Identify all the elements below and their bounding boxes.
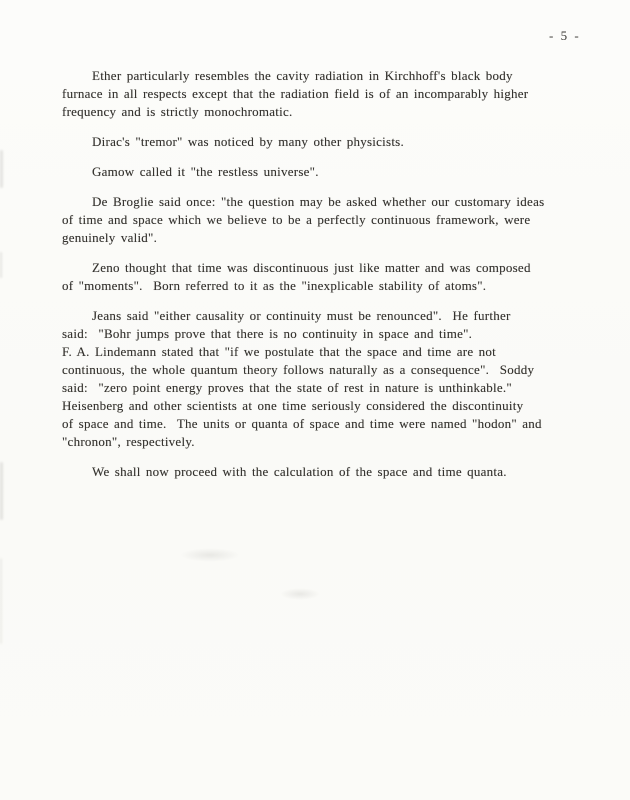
scan-smudge xyxy=(280,588,320,600)
paragraph-line: "chronon", respectively. xyxy=(62,433,582,451)
paragraph-line: of time and space which we believe to be… xyxy=(62,211,582,229)
paragraph-line: Zeno thought that time was discontinuous… xyxy=(62,259,582,277)
scanned-page: - 5 - Ether particularly resembles the c… xyxy=(0,0,630,800)
page-number: - 5 - xyxy=(549,28,581,44)
paragraph-line: said: "Bohr jumps prove that there is no… xyxy=(62,325,582,343)
paragraph: De Broglie said once: "the question may … xyxy=(62,193,582,247)
paragraph-line: We shall now proceed with the calculatio… xyxy=(62,463,582,481)
paragraph-line: of "moments". Born referred to it as the… xyxy=(62,277,582,295)
paragraph-line: said: "zero point energy proves that the… xyxy=(62,379,582,397)
paragraph-line: Ether particularly resembles the cavity … xyxy=(62,67,582,85)
paragraph: Zeno thought that time was discontinuous… xyxy=(62,259,582,295)
scan-artifact xyxy=(0,462,3,520)
paragraph-line: De Broglie said once: "the question may … xyxy=(62,193,582,211)
scan-artifact xyxy=(0,252,2,278)
paragraph-line: frequency and is strictly monochromatic. xyxy=(62,103,582,121)
paragraph-line: of space and time. The units or quanta o… xyxy=(62,415,582,433)
paragraph-line: Jeans said "either causality or continui… xyxy=(62,307,582,325)
paragraph-line: Gamow called it "the restless universe". xyxy=(62,163,582,181)
scan-artifact xyxy=(0,558,2,644)
paragraph-line: genuinely valid". xyxy=(62,229,582,247)
paragraph-line: Heisenberg and other scientists at one t… xyxy=(62,397,582,415)
paragraph: We shall now proceed with the calculatio… xyxy=(62,463,582,481)
paragraph: Gamow called it "the restless universe". xyxy=(62,163,582,181)
paragraph-line: furnace in all respects except that the … xyxy=(62,85,582,103)
scan-artifact xyxy=(0,150,3,188)
paragraph: Dirac's "tremor" was noticed by many oth… xyxy=(62,133,582,151)
paragraph-line: F. A. Lindemann stated that "if we postu… xyxy=(62,343,582,361)
paragraph: Ether particularly resembles the cavity … xyxy=(62,67,582,121)
paragraph-line: continuous, the whole quantum theory fol… xyxy=(62,361,582,379)
paragraph-line: Dirac's "tremor" was noticed by many oth… xyxy=(62,133,582,151)
paragraph: Jeans said "either causality or continui… xyxy=(62,307,582,451)
scan-smudge xyxy=(180,548,240,562)
document-body: Ether particularly resembles the cavity … xyxy=(62,67,582,493)
